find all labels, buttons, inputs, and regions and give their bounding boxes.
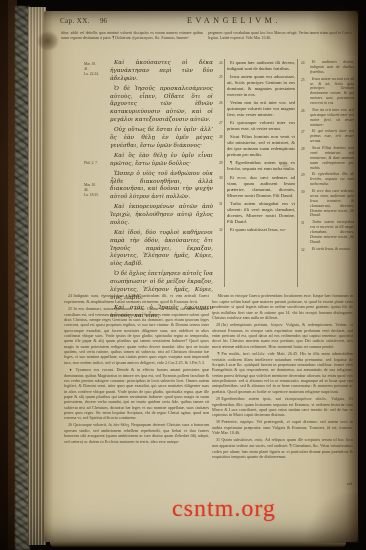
annotation-text: Præterire, παράγει. Vel prætergredi, vt …	[212, 419, 353, 435]
greek-verse: Οὐχ οὕτως δὲ ἔσται ἐν ὑμῖν· ἀλλ’ ὃς ἐὰν …	[110, 127, 213, 150]
greek-verse: Καὶ ἐκπορευομένων αὐτῶν ἀπὸ Ἱεριχὼ, ἠκολ…	[110, 204, 213, 227]
margin-ref-line: Lu. 18.35.	[84, 193, 109, 198]
verse-number: 29	[216, 161, 223, 166]
latin-verse: 26Verùm non ita erit inter vos: sed quic…	[227, 100, 295, 118]
annotation-text: In eos dominari, κατακυριεύουσιν αὐτῶν. …	[64, 306, 209, 365]
column-rule	[297, 59, 298, 287]
latin-verse: 24Et quum hæc audissent illi decem, indi…	[227, 60, 295, 72]
latin-verse-text: Et quicunque voluerit inter vos primus e…	[227, 120, 295, 131]
annotations-left-column: 24Indignati sunt, ἠγανάκτησαν. Addidi pa…	[64, 293, 209, 446]
chapter-heading: Cap. XX.	[60, 17, 90, 25]
annotation: ♦ Tyrannos eos vocant. Deinde & in effec…	[64, 367, 209, 421]
vulgate-verse: 28Sicut Filius hominis non venit ministr…	[310, 146, 354, 170]
latin-verse-text: Et quum substitisset Iesus, vo-	[230, 227, 286, 232]
annotation-text: (In) redemptionis pretium, λύτρον. Vulga…	[212, 322, 353, 349]
verse-number: 26	[216, 101, 223, 106]
vulgate-verse: 31Turba autem increpabat eos vt tacerent…	[310, 220, 354, 244]
page-corner-shadow-bottom	[299, 493, 359, 543]
latin-verse-text: ¶ Egredientibus autem ipsis ex Iericho, …	[227, 160, 295, 171]
ink-stain	[37, 31, 59, 51]
annotation: Mirum in vtroque Græco proferendam locut…	[212, 293, 353, 320]
verse-number: 25	[299, 78, 305, 82]
vulgate-verse-text: Sicut Filius hominis non venit ministrar…	[310, 146, 354, 170]
latin-verse: 31Turba autem obiurgabat eos vt silerent…	[227, 201, 295, 225]
verse-number: 30	[299, 190, 305, 194]
verse-number: 27	[299, 130, 305, 134]
latin-verse-text: Et quum hæc audissent illi decem, indign…	[227, 60, 295, 71]
greek-verse: Ὥσπερ ὁ υἱὸς τοῦ ἀνθρώπου οὐκ ἦλθε διακο…	[110, 171, 213, 202]
csntm-watermark: csntm.org	[172, 496, 276, 523]
margin-ref-line: Phil. 2. 7.	[84, 161, 109, 166]
annotations-right-column: Mirum in vtroque Græco proferendam locut…	[212, 293, 353, 461]
greek-verse: Καὶ ἰδού, δύο τυφλοὶ καθήμενοι παρὰ τὴν …	[110, 230, 213, 269]
verse-number: 28	[299, 147, 305, 151]
vulgate-verse: 26Non ita erit inter vos: sed quicunque …	[310, 108, 354, 128]
annotation-text: ¶ Pro multis, ἀντὶ πολλῶν. vide Matt. 26…	[212, 351, 353, 394]
verse-number: 31	[216, 202, 223, 207]
vulgate-verse-text: Et qui voluerit inter vos primus esse, e…	[310, 129, 354, 143]
vulgate-verse-text: Et stetit Iesus, & vocauit	[312, 247, 350, 251]
latin-verse: 29¶ Egredientibus autem ipsis ex Iericho…	[227, 160, 295, 172]
vulgate-verse: 24Et audientes decem, indignati sunt de …	[310, 60, 354, 75]
vulgate-verse: 29Et egredientibus illis ab Iericho, seq…	[310, 172, 354, 187]
annotation: 24Indignati sunt, ἠγανάκτησαν. Addidi pa…	[64, 293, 209, 304]
vulgate-verse-text: Et egredientibus illis ab Iericho, sequu…	[310, 172, 354, 186]
annotation-text: Mirum in vtroque Græco proferendam locut…	[212, 293, 353, 320]
margin-reference: Phil. 2. 7.	[84, 161, 109, 166]
margin-ref-line: Lu. 22.24.	[84, 72, 109, 77]
book-page: Cap. XX. 96 EVANGELIVM. ditur: addit vel…	[44, 11, 358, 542]
verse-number: 27	[216, 121, 223, 126]
latin-verse-text: Turba autem obiurgabat eos vt silerent: …	[227, 201, 295, 224]
verse-number: 24	[216, 61, 223, 66]
intro-note-right: pergentes: quod vocabulum quasi hoc loco…	[208, 31, 352, 41]
latin-verse-text: Iesus autem quum eos aduocasset, ait, Sc…	[227, 74, 295, 97]
book-photo: Cap. XX. 96 EVANGELIVM. ditur: addit vel…	[0, 0, 366, 550]
annotation-text: ♦ Tyrannos eos vocant. Deinde & in effec…	[64, 367, 209, 421]
catchword: rad	[322, 481, 352, 486]
vulgate-verse-text: Et ecce duo cæci sedentes secus viam, au…	[310, 189, 354, 217]
latin-verse: 25Iesus autem quum eos aduocasset, ait, …	[227, 74, 295, 98]
vulgate-verse-text: Non ita erit inter vos: sed quicunque vo…	[310, 108, 354, 127]
annotation: 25In eos dominari, κατακυριεύουσιν αὐτῶν…	[64, 306, 209, 365]
annotation: 29Egredientibus autem ipsis, καὶ ἐκπορευ…	[212, 396, 353, 418]
verse-number: 24	[299, 61, 305, 65]
column-rule	[224, 59, 225, 287]
latin-verse-text: Sicut Filius hominis non venit vt sibi m…	[227, 134, 295, 157]
vulgate-verse-text: Turba autem increpabat eos vt tacerent: …	[310, 220, 354, 244]
margin-reference: Mar. 10. 46. Lu. 18.35.	[84, 183, 109, 198]
greek-verse: Καὶ ἀκούσαντες οἱ δέκα ἠγανάκτησαν περὶ …	[110, 60, 213, 83]
annotation-text: Quùm substitisset, στὰς. Ad reliquos qua…	[212, 437, 353, 459]
verse-number: 30	[216, 176, 223, 181]
latin-verse-text: Et ecce, duo cæci sedentes ad viam, quum…	[227, 175, 295, 198]
verse-number: 32	[299, 248, 305, 252]
annotation: 26Quicunque voluerit, ὃς ἐὰν θέλῃ. Nequa…	[64, 422, 209, 444]
annotation: 28(In) redemptionis pretium, λύτρον. Vul…	[212, 322, 353, 349]
verse-number: 32	[216, 228, 223, 233]
vulgate-column: 24Et audientes decem, indignati sunt de …	[310, 60, 354, 254]
latin-verse: 32Et quum substitisset Iesus, vo-	[227, 227, 295, 233]
vulgate-verse-text: Iesus autem vocauit eos ad se, & ait, Sc…	[310, 77, 354, 105]
greek-text-column: Καὶ ἀκούσαντες οἱ δέκα ἠγανάκτησαν περὶ …	[110, 60, 213, 323]
margin-reference: Mar. 10. 41. Lu. 22.24.	[84, 62, 109, 77]
latin-verse-text: Verùm non ita erit inter vos: sed quicun…	[227, 100, 295, 117]
latin-verse: 28Sicut Filius hominis non venit vt sibi…	[227, 134, 295, 158]
greek-verse: Ὁ δὲ Ἰησοῦς προσκαλεσάμενος αὐτοὺς, εἶπε…	[110, 86, 213, 125]
verse-number: 25	[216, 75, 223, 80]
verse-number: 28	[216, 135, 223, 140]
verse-number: 29	[299, 173, 305, 177]
annotation: ¶ Pro multis, ἀντὶ πολλῶν. vide Matt. 26…	[212, 351, 353, 394]
annotation-text: Quicunque voluerit, ὃς ἐὰν θέλῃ. Nequaqu…	[64, 422, 209, 444]
verse-number: 26	[299, 109, 305, 113]
annotation: 30Præterire, παράγει. Vel prætergredi, v…	[212, 419, 353, 436]
latin-verse: 27Et quicunque voluerit inter vos primus…	[227, 120, 295, 132]
annotation-text: Indignati sunt, ἠγανάκτησαν. Addidi part…	[64, 293, 209, 304]
intro-note-left: ditur: addit vel debellis quos minimè vo…	[61, 31, 203, 41]
vulgate-verse: 30Et ecce duo cæci sedentes secus viam, …	[310, 189, 354, 218]
latin-translation-column: 24Et quum hæc audissent illi decem, indi…	[227, 60, 295, 235]
greek-verse: Καὶ ὃς ἐὰν θέλῃ ἐν ὑμῖν εἶναι πρῶτος, ἔσ…	[110, 153, 213, 169]
vulgate-verse-text: Et audientes decem, indignati sunt de du…	[310, 60, 354, 74]
annotation-text: Egredientibus autem ipsis, καὶ ἐκπορευομ…	[212, 396, 353, 418]
vulgate-verse: 25Iesus autem vocauit eos ad se, & ait, …	[310, 77, 354, 106]
running-title: EVANGELIVM.	[144, 16, 324, 25]
verse-number: 31	[299, 221, 305, 225]
vulgate-verse: 27Et qui voluerit inter vos primus esse,…	[310, 129, 354, 144]
annotation: 31Quùm substitisset, στὰς. Ad reliquos q…	[212, 437, 353, 459]
latin-verse: 30Et ecce, duo cæci sedentes ad viam, qu…	[227, 175, 295, 199]
page-number: 96	[100, 17, 107, 25]
vulgate-verse: 32Et stetit Iesus, & vocauit	[310, 247, 354, 252]
